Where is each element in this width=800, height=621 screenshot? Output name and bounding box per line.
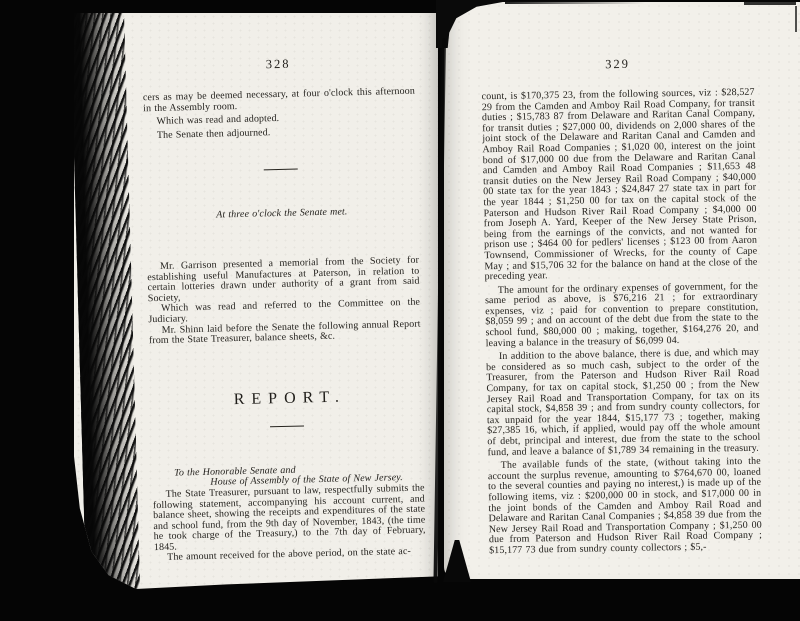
- page-number-right: 329: [481, 55, 754, 75]
- para-body: In addition to the above balance, there …: [486, 348, 761, 458]
- right-page: 329 count, is $170,375 23, from the foll…: [444, 2, 800, 579]
- para-body: count, is $170,375 23, from the followin…: [482, 88, 758, 283]
- scanned-book-spread: 328 cers as may be deemed necessary, at …: [0, 0, 800, 621]
- para-rule: [264, 169, 298, 171]
- right-page-content: 329 count, is $170,375 23, from the foll…: [481, 55, 762, 557]
- para-body: The available funds of the state, (witho…: [488, 457, 763, 557]
- para-heading: REPORT.: [150, 385, 422, 411]
- right-page-paragraphs: count, is $170,375 23, from the followin…: [482, 88, 763, 557]
- para-body: Mr. Shinn laid before the Senate the fol…: [149, 319, 421, 347]
- left-page-content: 328 cers as may be deemed necessary, at …: [142, 54, 426, 565]
- para-body: The amount for the ordinary expenses of …: [485, 281, 759, 349]
- left-page: 328 cers as may be deemed necessary, at …: [74, 13, 438, 589]
- binding-shadow-taper: [505, 1, 645, 4]
- para-centered-italic: At three o'clock the Senate met.: [146, 206, 418, 223]
- para-body: cers as may be deemed necessary, at four…: [143, 87, 415, 115]
- para-rule: [270, 425, 304, 427]
- left-page-paragraphs: cers as may be deemed necessary, at four…: [143, 87, 426, 565]
- para-body: The State Treasurer, pursuant to law, re…: [153, 483, 426, 553]
- left-page-edge-shadow: [70, 13, 140, 601]
- scan-edge-tick: [795, 6, 797, 32]
- page-number-left: 328: [142, 54, 414, 76]
- scan-edge-line: [744, 2, 796, 5]
